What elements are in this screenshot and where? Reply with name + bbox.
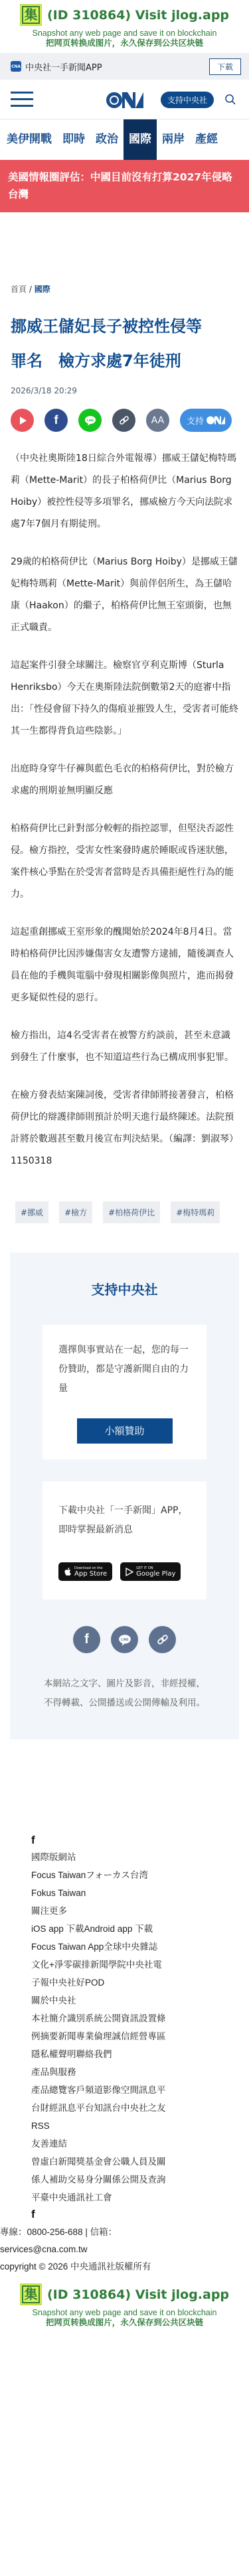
footer-heading-about: 關於中央社: [31, 1992, 249, 2009]
footer-link[interactable]: Focus Taiwanフォーカス台湾: [31, 1866, 249, 1884]
article-title-line2: 罪名 檢方求處7年徒刑: [11, 352, 181, 370]
article-paragraph: 這起案件引發全球關注。檢察官亨利克斯博（Sturla Henriksbo）今天在…: [11, 655, 238, 742]
copyright-disclaimer: 本網站之文字、圖片及影音，非經授權，不得轉載、公開播送或公開傳輸及利用。: [42, 1674, 207, 1713]
support-label: 支持: [187, 414, 204, 427]
jlog-banner: 集 (ID 310864) Visit jlog.app Snapshot an…: [0, 0, 249, 53]
line-icon: LINE: [84, 415, 96, 426]
donate-card: 選擇與事實站在一起，您的每一份贊助，都是守護新聞自由的力量 小額贊助: [42, 1325, 207, 1459]
jlog-title-row[interactable]: 集 (ID 310864) Visit jlog.app: [0, 4, 249, 26]
search-icon[interactable]: [224, 94, 236, 105]
copy-link-button[interactable]: [112, 409, 135, 432]
nav-item-realtime[interactable]: 即時: [57, 119, 90, 160]
category-nav: 美伊開戰 即時 政治 國際 兩岸 產經: [0, 119, 249, 160]
tag[interactable]: #柏格荷伊比: [103, 1201, 160, 1223]
jlog-banner-bottom: 集 (ID 310864) Visit jlog.app Snapshot an…: [0, 2279, 249, 2333]
footer-link[interactable]: 產品總覽客戶頻道影像空間訊息平: [31, 2081, 249, 2099]
support-cna-button[interactable]: 支持中央社: [161, 92, 214, 108]
footer-link[interactable]: 平臺中央通訊社工會: [31, 2189, 249, 2206]
footer-heading-follow: 關注更多: [31, 1902, 249, 1920]
support-cna-share-button[interactable]: 支持: [180, 409, 232, 432]
article-paragraph: 檢方指出，這4名受害者在被警方約談前，甚至未意識到發生了什麼事，也不知道這些行為…: [11, 1025, 238, 1069]
cna-logo-icon: [207, 416, 225, 425]
jlog-badge-glyph: 集: [22, 2285, 40, 2303]
app-store-button[interactable]: Download on the App Store: [58, 1562, 112, 1581]
nav-item-economy[interactable]: 產經: [190, 119, 223, 160]
nav-item-war[interactable]: 美伊開戰: [0, 119, 57, 160]
email-link[interactable]: services@cna.com.tw: [0, 2241, 249, 2258]
app-store-big-text: App Store: [74, 1570, 107, 1578]
jlog-subtitle-zh: 把网页转换成图片，永久保存到公共区块链: [0, 38, 249, 48]
facebook-icon: f: [84, 1632, 89, 1647]
footer-heading-international: 國際版網站: [31, 1848, 249, 1866]
article-paragraph: 29歲的柏格荷伊比（Marius Borg Hoiby）是挪威王儲妃梅特瑪莉（M…: [11, 551, 238, 639]
font-size-button[interactable]: AA: [146, 409, 169, 432]
article: 首頁 / 國際 挪威王儲妃長子被控性侵等 罪名 檢方求處7年徒刑 2026/3/…: [0, 283, 249, 1223]
app-download-bar: CNA 中央社一手新聞APP 下載: [0, 53, 249, 80]
cna-app-icon: CNA: [11, 61, 21, 72]
article-paragraph: 出庭時身穿牛仔褲與藍色毛衣的柏格荷伊比，對於檢方求處的刑期並無明顯反應: [11, 758, 238, 802]
jlog-badge-glyph: 集: [22, 6, 40, 24]
contact-info: 專線：0800-256-688 | 信箱： services@cna.com.t…: [0, 2224, 249, 2275]
site-footer: f 國際版網站 Focus Taiwanフォーカス台湾 Fokus Taiwan…: [0, 1832, 249, 2222]
breadcrumb-home[interactable]: 首頁: [11, 285, 27, 294]
article-title: 挪威王儲妃長子被控性侵等 罪名 檢方求處7年徒刑: [11, 309, 238, 378]
line-share-button-bottom[interactable]: LINE: [111, 1626, 138, 1653]
breadcrumb-current[interactable]: 國際: [35, 285, 50, 294]
jlog-logo-icon: 集: [20, 2283, 42, 2305]
jlog-title[interactable]: (ID 310864) Visit jlog.app: [47, 2287, 229, 2302]
font-size-icon: AA: [151, 415, 165, 426]
line-icon: LINE: [118, 1634, 131, 1646]
nav-item-international[interactable]: 國際: [124, 119, 157, 160]
menu-icon[interactable]: [11, 92, 33, 107]
article-paragraph: 柏格荷伊比已針對部分較輕的指控認罪，但堅決否認性侵。檢方指控，受害女性案發時處於…: [11, 818, 238, 906]
share-bar: f LINE AA 支持: [11, 409, 238, 432]
app-store-small-text: Download on the: [74, 1566, 107, 1570]
copyright: copyright © 2026 中央通訊社版權所有: [0, 2258, 249, 2275]
article-title-line1: 挪威王儲妃長子被控性侵等: [11, 317, 202, 336]
publish-date: 2026/3/18 20:29: [11, 386, 238, 395]
article-paragraph: （中央社奧斯陸18日綜合外電報導）挪威王儲妃梅特瑪莉（Mette-Marit）的…: [11, 448, 238, 535]
tag-list: #挪威 #檢方 #柏格荷伊比 #梅特瑪莉: [11, 1201, 238, 1223]
google-play-big-text: Google Play: [136, 1570, 175, 1578]
link-icon: [157, 1634, 169, 1646]
tag[interactable]: #檢方: [59, 1201, 92, 1223]
footer-link-rss[interactable]: RSS: [31, 2117, 249, 2135]
jlog-subtitle-en: Snapshot any web page and save it on blo…: [0, 2308, 249, 2317]
jlog-title-row[interactable]: 集 (ID 310864) Visit jlog.app: [0, 2283, 249, 2305]
footer-link[interactable]: Focus Taiwan App全球中央雜誌: [31, 1938, 249, 1956]
footer-link[interactable]: 台財經訊息平台知訊台中央社之友: [31, 2099, 249, 2117]
footer-link[interactable]: 文化+淨零碳排新聞學院中央社電: [31, 1956, 249, 1974]
tag[interactable]: #梅特瑪莉: [171, 1201, 220, 1223]
footer-link[interactable]: 係人補助交易身分關係公開及查詢: [31, 2171, 249, 2189]
support-title: 支持中央社: [10, 1279, 239, 1298]
footer-heading-products: 產品與服務: [31, 2063, 249, 2081]
app-download-card: 下載中央社「一手新聞」APP，即時掌握最新消息 Download on the …: [42, 1481, 207, 1599]
hotline: 專線：0800-256-688 | 信箱：: [0, 2224, 249, 2241]
support-section: 支持中央社 選擇與事實站在一起，您的每一份贊助，都是守護新聞自由的力量 小額贊助…: [10, 1253, 239, 1739]
breaking-news-banner[interactable]: 美國情報圈評估：中國目前沒有打算2027年侵略台灣: [0, 160, 249, 212]
app-name: 中央社一手新聞APP: [25, 60, 102, 73]
footer-link[interactable]: 子報中央社好POD: [31, 1974, 249, 1992]
site-header: 支持中央社: [0, 80, 249, 119]
app-download-text: 下載中央社「一手新聞」APP，即時掌握最新消息: [58, 1501, 191, 1540]
nav-item-cross-strait[interactable]: 兩岸: [157, 119, 190, 160]
footer-heading-links: 友善連結: [31, 2135, 249, 2153]
facebook-icon: f: [54, 413, 58, 427]
facebook-share-button[interactable]: f: [44, 409, 68, 432]
svg-text:LINE: LINE: [86, 419, 93, 422]
footer-link[interactable]: Fokus Taiwan: [31, 1884, 249, 1902]
jlog-title[interactable]: (ID 310864) Visit jlog.app: [47, 8, 229, 23]
jlog-logo-icon: 集: [20, 4, 42, 26]
footer-link[interactable]: 曾虛白新聞獎基金會公職人員及關: [31, 2153, 249, 2171]
google-play-icon: [125, 1568, 133, 1576]
footer-link[interactable]: 隱私權聲明聯絡我們: [31, 2045, 249, 2063]
footer-link[interactable]: 本社簡介識別系統公開資訊設置條: [31, 2009, 249, 2027]
facebook-icon[interactable]: f: [31, 1832, 249, 1848]
apple-icon: [64, 1567, 72, 1576]
breadcrumb: 首頁 / 國際: [11, 283, 238, 295]
svg-text:LINE: LINE: [121, 1638, 129, 1642]
tag[interactable]: #挪威: [15, 1201, 48, 1223]
donate-button[interactable]: 小額贊助: [77, 1418, 173, 1444]
jlog-subtitle-en: Snapshot any web page and save it on blo…: [0, 29, 249, 38]
facebook-icon[interactable]: f: [31, 2206, 249, 2222]
footer-link[interactable]: 例摘要新聞專業倫理誠信經營專區: [31, 2027, 249, 2045]
copy-link-button-bottom[interactable]: [149, 1626, 176, 1653]
nav-item-politics[interactable]: 政治: [90, 119, 124, 160]
donate-text: 選擇與事實站在一起，您的每一份贊助，都是守護新聞自由的力量: [58, 1341, 191, 1398]
link-icon: [119, 415, 129, 426]
footer-link[interactable]: iOS app 下載Android app 下載: [31, 1920, 249, 1938]
breadcrumb-separator: /: [29, 285, 32, 294]
bottom-share-bar: f LINE: [10, 1626, 239, 1653]
google-play-button[interactable]: GET IT ON Google Play: [120, 1562, 181, 1581]
download-app-button[interactable]: 下載: [209, 58, 241, 75]
cna-logo[interactable]: [106, 92, 143, 109]
line-share-button[interactable]: LINE: [78, 409, 102, 432]
play-icon: [18, 416, 27, 425]
jlog-subtitle-zh: 把网页转换成图片，永久保存到公共区块链: [0, 2317, 249, 2327]
article-paragraph: 在檢方發表結案陳詞後，受害者律師將接著發言，柏格荷伊比的辯護律師則預計於明天進行…: [11, 1085, 238, 1172]
facebook-share-button-bottom[interactable]: f: [73, 1626, 100, 1653]
store-badges: Download on the App Store GET IT ON Goog…: [58, 1562, 191, 1581]
play-audio-button[interactable]: [11, 409, 34, 432]
article-paragraph: 這起重創挪威王室形象的醜聞始於2024年8月4日。當時柏格荷伊比因涉嫌傷害女友遭…: [11, 921, 238, 1009]
